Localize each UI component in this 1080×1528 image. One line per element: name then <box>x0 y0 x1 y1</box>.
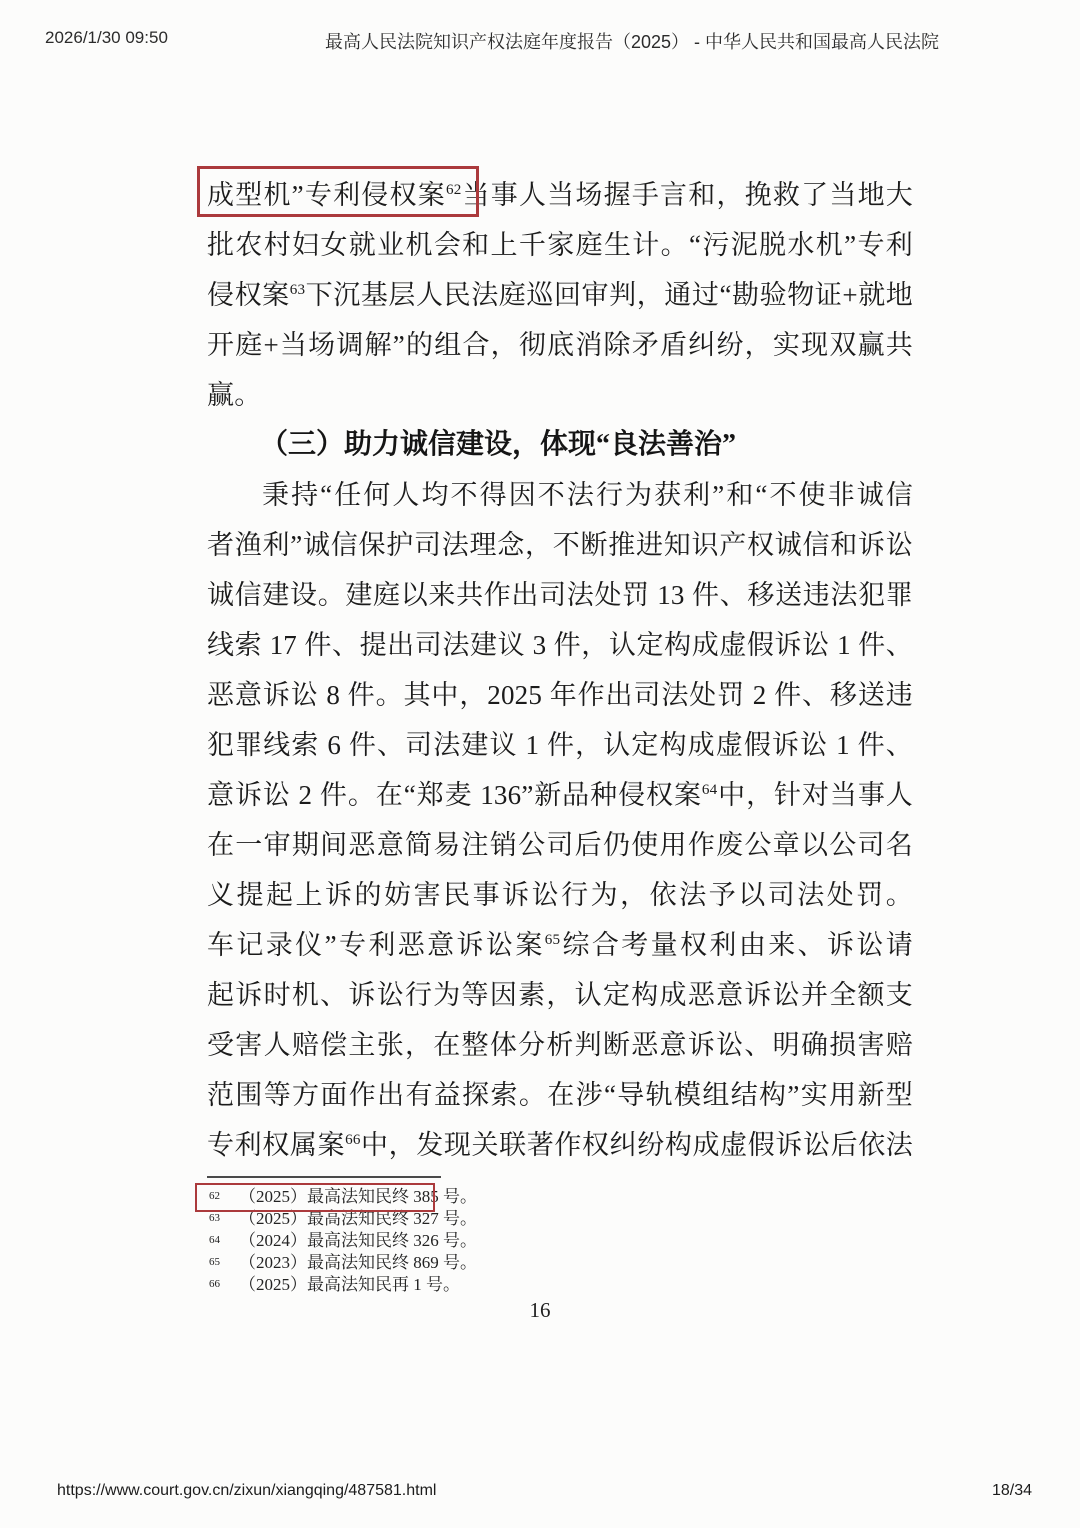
text-line: 开庭+当场调解”的组合，彻底消除矛盾纠纷，实现双赢共 <box>207 320 913 370</box>
document-title: 最高人民法院知识产权法庭年度报告（2025） - 中华人民共和国最高人民法院 <box>325 28 939 54</box>
footnote-line: 65（2023）最高法知民终 869 号。 <box>209 1252 769 1274</box>
section-heading: （三）助力诚信建设，体现“良法善治” <box>207 420 913 470</box>
footnote-ref: 65 <box>545 932 561 948</box>
footnote-text: （2024）最高法知民终 326 号。 <box>239 1231 477 1250</box>
text-line: 秉持“任何人均不得因不法行为获利”和“不使非诚信 <box>207 470 913 520</box>
text-line: 义提起上诉的妨害民事诉讼行为，依法予以司法处罚。涉“行 <box>207 870 913 920</box>
text-line: 起诉时机、诉讼行为等因素，认定构成恶意诉讼并全额支持 <box>207 970 913 1020</box>
footer-url: https://www.court.gov.cn/zixun/xiangqing… <box>57 1482 436 1500</box>
paragraph-2: 秉持“任何人均不得因不法行为获利”和“不使非诚信者渔利”诚信保护司法理念，不断推… <box>207 470 913 1170</box>
text-line: 犯罪线索 6 件、司法建议 1 件，认定构成虚假诉讼 1 件、恶 <box>207 720 913 770</box>
highlight-box-footnote <box>195 1183 435 1212</box>
text-line: 批农村妇女就业机会和上千家庭生计。“污泥脱水机”专利 <box>207 220 913 270</box>
print-header: 2026/1/30 09:50 最高人民法院知识产权法庭年度报告（2025） -… <box>0 26 1080 52</box>
text-line: 受害人赔偿主张，在整体分析判断恶意诉讼、明确损害赔偿 <box>207 1020 913 1070</box>
footnote-line: 64（2024）最高法知民终 326 号。 <box>209 1230 769 1252</box>
footnote-separator <box>207 1176 441 1178</box>
text-line: 线索 17 件、提出司法建议 3 件，认定构成虚假诉讼 1 件、 <box>207 620 913 670</box>
text-line: 在一审期间恶意简易注销公司后仍使用作废公章以公司名 <box>207 820 913 870</box>
text-line: 车记录仪”专利恶意诉讼案65综合考量权利由来、诉讼请求、 <box>207 920 913 970</box>
footnote-number: 65 <box>209 1251 239 1273</box>
footnote-line: 66（2025）最高法知民再 1 号。 <box>209 1274 769 1296</box>
text-line: 赢。 <box>207 370 913 420</box>
document-page: 2026/1/30 09:50 最高人民法院知识产权法庭年度报告（2025） -… <box>0 0 1080 1528</box>
text-line: 侵权案63下沉基层人民法庭巡回审判，通过“勘验物证+就地 <box>207 270 913 320</box>
footnote-number: 66 <box>209 1273 239 1295</box>
footnote-text: （2023）最高法知民终 869 号。 <box>239 1253 477 1272</box>
document-body: 成型机”专利侵权案62当事人当场握手言和，挽救了当地大批农村妇女就业机会和上千家… <box>207 170 913 1170</box>
text-line: 者渔利”诚信保护司法理念，不断推进知识产权诚信和诉讼 <box>207 520 913 570</box>
text-line: 范围等方面作出有益探索。在涉“导轨模组结构”实用新型 <box>207 1070 913 1120</box>
page-number: 16 <box>0 1298 1080 1323</box>
footnote-number: 64 <box>209 1229 239 1251</box>
text-line: 意诉讼 2 件。在“郑麦 136”新品种侵权案64中，针对当事人 <box>207 770 913 820</box>
highlight-box-case <box>197 166 479 217</box>
footer-pagination: 18/34 <box>992 1482 1032 1500</box>
text-line: 诚信建设。建庭以来共作出司法处罚 13 件、移送违法犯罪 <box>207 570 913 620</box>
text-line: 恶意诉讼 8 件。其中，2025 年作出司法处罚 2 件、移送违法 <box>207 670 913 720</box>
footnote-text: （2025）最高法知民再 1 号。 <box>239 1275 460 1294</box>
footnote-ref: 64 <box>702 782 718 798</box>
footnote-ref: 63 <box>290 282 306 298</box>
text-line: 专利权属案66中，发现关联著作权纠纷构成虚假诉讼后依法 <box>207 1120 913 1170</box>
print-timestamp: 2026/1/30 09:50 <box>45 28 168 48</box>
footnote-ref: 66 <box>345 1132 361 1148</box>
